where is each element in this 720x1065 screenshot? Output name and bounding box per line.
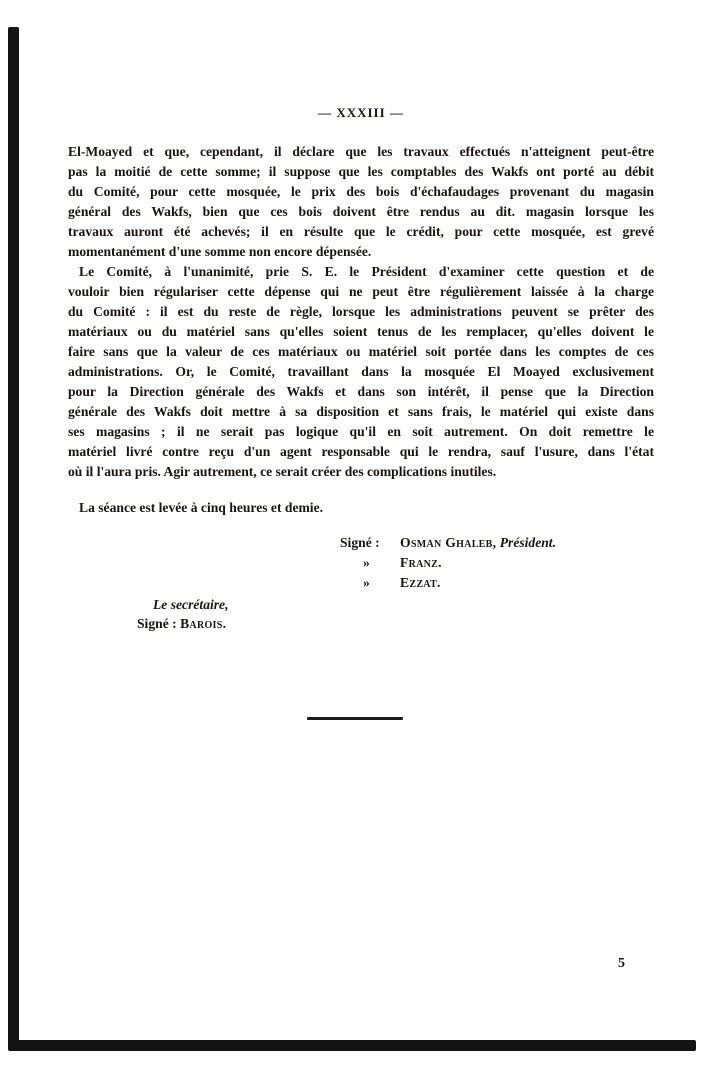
scan-edge-bottom [8, 1040, 696, 1051]
secretary-signature-block: Le secrétaire, Signé : Barois. [137, 595, 229, 633]
paragraph-1: El-Moayed et que, cependant, il déclare … [68, 142, 654, 262]
signature-row-franz: »Franz. [340, 553, 556, 573]
ditto-mark: » [340, 573, 400, 593]
page-number: 5 [618, 956, 625, 972]
signature-name-barois: Barois. [180, 616, 226, 631]
signature-row-president: Signé :Osman Ghaleb, Président. [340, 533, 556, 553]
signature-prefix: Signé : [340, 533, 400, 553]
text-line: vouloir bien régulariser cette dépense q… [68, 282, 654, 302]
section-divider [307, 717, 403, 720]
page-header-roman-numeral: — XXXIII — [68, 105, 654, 121]
text-line: matériaux ou du matériel sans qu'elles s… [68, 322, 654, 342]
text-line: où il l'aura pris. Agir autrement, ce se… [68, 462, 654, 482]
signature-name-ezzat: Ezzat. [400, 575, 441, 590]
signature-name-president: Osman Ghaleb, [400, 535, 496, 550]
text-line: El-Moayed et que, cependant, il déclare … [68, 142, 654, 162]
text-line: pas la moitié de cette somme; il suppose… [68, 162, 654, 182]
signature-name-franz: Franz. [400, 555, 442, 570]
paragraph-3: La séance est levée à cinq heures et dem… [68, 498, 654, 518]
closing-sentence-block: La séance est levée à cinq heures et dem… [68, 498, 654, 518]
text-line: faire sans que la valeur de ces matériau… [68, 342, 654, 362]
signature-row-ezzat: »Ezzat. [340, 573, 556, 593]
text-line: administrations. Or, le Comité, travaill… [68, 362, 654, 382]
scan-edge-left [8, 27, 19, 1049]
text-line: générale des Wakfs doit mettre à sa disp… [68, 402, 654, 422]
secretary-title: Le secrétaire, [137, 595, 229, 614]
secretary-signed-line: Signé : Barois. [137, 614, 229, 633]
signature-block: Signé :Osman Ghaleb, Président. »Franz. … [340, 533, 556, 593]
text-line: général des Wakfs, bien que ces bois doi… [68, 202, 654, 222]
text-line: ses magasins ; il ne serait pas logique … [68, 422, 654, 442]
text-line: travaux auront été achevés; il en résult… [68, 222, 654, 242]
text-line: La séance est levée à cinq heures et dem… [68, 498, 654, 518]
text-line: Le Comité, à l'unanimité, prie S. E. le … [68, 262, 654, 282]
signature-title-president: Président. [500, 535, 556, 550]
text-line: pour la Direction générale des Wakfs et … [68, 382, 654, 402]
paragraph-2: Le Comité, à l'unanimité, prie S. E. le … [68, 262, 654, 482]
ditto-mark: » [340, 553, 400, 573]
text-line: matériel livré contre reçu d'un agent re… [68, 442, 654, 462]
text-line: du Comité, pour cette mosquée, le prix d… [68, 182, 654, 202]
document-page: — XXXIII — El-Moayed et que, cependant, … [0, 0, 720, 1065]
signature-prefix: Signé : [137, 616, 177, 631]
main-text: El-Moayed et que, cependant, il déclare … [68, 142, 654, 482]
text-line: du Comité : il est du reste de règle, lo… [68, 302, 654, 322]
text-line: momentanément d'une somme non encore dép… [68, 242, 654, 262]
